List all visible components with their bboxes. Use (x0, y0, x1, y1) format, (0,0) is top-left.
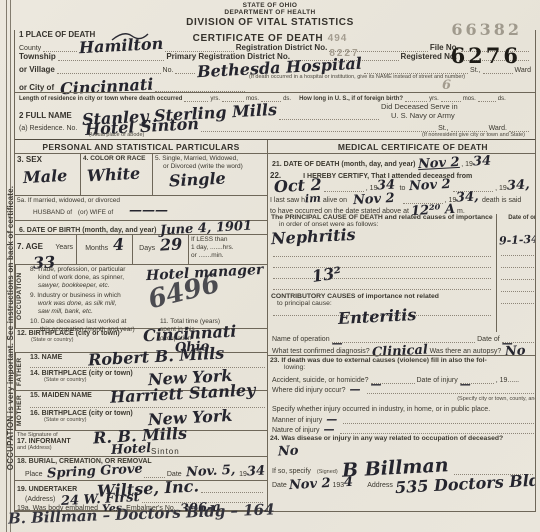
years-label: Years (55, 244, 73, 251)
city-label: or City of (19, 83, 54, 92)
mother-side-label: MOTHER (15, 391, 28, 430)
mother-block: MOTHER 15. MAIDEN NAME 16. BIRTHPLACE (c… (15, 391, 267, 431)
r8-label-line1: 8. Trade, profession, or particular (30, 266, 125, 273)
navy-service-label-line2: U. S. Navy or Army (381, 111, 455, 120)
row-residence-notes: (Usual place of abode) (If nonresident g… (15, 132, 535, 138)
two-column-section: PERSONAL AND STATISTICAL PARTICULARS 3. … (15, 139, 535, 512)
race-value-handwriting: White (87, 166, 141, 183)
dotted-line (155, 83, 245, 92)
dotted-line (340, 425, 536, 434)
row-informant: The Signature of 17. INFORMANT and (Addr… (15, 431, 267, 457)
st-label: St., (470, 67, 481, 74)
row-burial: 18. BURIAL, CREMATION, OR REMOVAL Place … (15, 457, 267, 481)
manner-label: Manner of injury (272, 417, 322, 424)
last-saw-post-label: alive on (323, 197, 347, 204)
date-of-label: Date of (477, 336, 500, 343)
days-label: Days (139, 245, 155, 252)
row-city: or City of Cincinnati 6 (15, 80, 535, 92)
dotted-line (144, 469, 165, 478)
physician-address-handwriting: 535 Doctors Bldg (395, 473, 536, 496)
row-date-address: Date Nov 2 1934 Address 535 Doctors Bldg (268, 475, 536, 489)
sex-label: 3. SEX (17, 155, 78, 164)
row-where-injury: Where did injury occur? — (268, 384, 536, 394)
registration-district-label: Registration District No. (236, 43, 328, 52)
r5a-dash-handwriting: ——— (129, 203, 168, 218)
less-label-line2: 1 day, .......hrs. (191, 244, 234, 251)
row-operation: Name of operation — Date of — (268, 332, 536, 343)
row-nature: Nature of injury — (268, 424, 536, 434)
row-full-name: 2 FULL NAME Stanley Sterling Mills Did D… (15, 102, 535, 120)
death-year-handwriting: 34 (473, 155, 492, 168)
county-label: County (19, 45, 41, 52)
contributory-label-line1: CONTRIBUTORY CAUSES of importance not re… (271, 293, 493, 300)
sex-value-handwriting: Male (23, 168, 68, 185)
dotted-line (273, 279, 491, 290)
to-year-handwriting: 34, (506, 179, 529, 192)
header-dept: DEPARTMENT OF HEALTH (120, 9, 420, 16)
row-23: 23. If death was due to external causes … (268, 355, 536, 373)
row-accident: Accident, suicide, or homicide? — Date o… (268, 373, 536, 384)
r5a-label-line3: (or) WIFE of (74, 209, 113, 216)
dotted-line: — (502, 334, 536, 343)
r23-label-line1: 23. If death was due to external causes … (270, 357, 536, 364)
dotted-line (364, 65, 468, 74)
r5a-label-line1: 5a. If married, widowed, or divorced (17, 197, 120, 204)
full-name-label: 2 FULL NAME (19, 111, 72, 120)
nonresident-note: (If nonresident give city or town and St… (422, 132, 525, 138)
r24-label: 24. Was disease or injury in any way rel… (270, 435, 536, 442)
where-injury-label: Where did injury occur? (272, 387, 346, 394)
dotted-line (324, 183, 364, 192)
lastsaw-squiggle-handwriting: im (305, 193, 321, 204)
r9-label-line1: 9. Industry or business in which (30, 292, 121, 299)
dotted-line (451, 123, 487, 132)
row-village-institution: or Village No. Bethesda Hospital St., Wa… (15, 61, 535, 73)
residence-st-label: St., (438, 125, 449, 132)
onset-date-handwriting: 9-1-34 (498, 233, 536, 246)
dotted-line (501, 280, 536, 292)
age-days-cell: Days 29 (133, 235, 189, 264)
sex-cell: 3. SEX Male (15, 154, 81, 195)
occupation-content: 8. Trade, profession, or particular kind… (28, 265, 267, 328)
dotted-line (509, 123, 529, 132)
dotted-line (405, 93, 427, 102)
r21-label: 21. DATE OF DEATH (month, day, and year) (272, 161, 416, 168)
dotted-line: — (332, 334, 476, 343)
row-certify-block: 22. I HEREBY CERTIFY, That I attended de… (268, 168, 536, 214)
abode-note: (Usual place of abode) (89, 132, 144, 138)
injury-year-label: , 19...... (496, 377, 519, 384)
dotted-line (201, 123, 436, 132)
institution-no-label: No. (163, 67, 174, 74)
dotted-line (501, 256, 536, 268)
undertaker-address-label: (Address) (17, 496, 55, 503)
r5a-label-line2: HUSBAND of (17, 209, 72, 216)
dotted-line (483, 65, 513, 74)
dotted-line (441, 93, 461, 102)
physician-date-label: Date (272, 482, 287, 489)
to-label: to (400, 185, 406, 192)
burial-year-handwriting: 34 (247, 465, 266, 478)
test-label: What test confirmed diagnosis? (272, 348, 370, 355)
autopsy-label: Was there an autopsy? (430, 348, 502, 355)
attended-to-handwriting: Nov 2 (409, 179, 451, 193)
physician-address-label: Address (367, 482, 393, 489)
dob-label: 6. DATE OF BIRTH (month, day, and year) (19, 227, 156, 234)
date-of-injury-label: Date of injury (417, 377, 458, 384)
less-label-line1: If LESS than (191, 236, 228, 243)
burial-place-label: Place (17, 471, 43, 478)
age-years-cell: 7. AGE Years 33 (15, 235, 77, 264)
dotted-line: — (460, 375, 494, 384)
ward-label: Ward (515, 67, 531, 74)
age-label: 7. AGE (17, 242, 43, 251)
race-label: 4. COLOR OR RACE (83, 155, 150, 162)
death-said-label: death is said (482, 197, 521, 204)
marital-label-line2: or Divorced (write the word) (155, 163, 243, 170)
r8-label-line3: sawyer, bookkeeper, etc. (30, 282, 110, 289)
r9-label-line2: work was done, as silk mill, (30, 300, 116, 307)
mid-scrawl-handwriting: 13² (311, 266, 342, 284)
onset-label: Date of onset (499, 215, 536, 221)
r23-label-line2: lowing: (270, 364, 536, 371)
specify-injury-label: Specify whether injury occurred in indus… (272, 406, 490, 413)
last-saw-pre-label: I last saw h (270, 197, 305, 204)
dotted-line (279, 111, 379, 120)
r10-label-line1: 10. Date deceased last worked at (30, 318, 126, 325)
dotted-line (57, 65, 161, 74)
contributory-label-line2: to principal cause: (271, 300, 493, 307)
row-manner: Manner of injury — (268, 413, 536, 424)
age-months-cell: Months 4 (77, 235, 133, 264)
row-where-note: (Specify city or town, county, and State… (268, 394, 536, 402)
lastsaw-year-handwriting: 34, (456, 191, 479, 204)
residence-ward-label: Ward. (489, 125, 507, 132)
dotted-line (43, 43, 77, 52)
printed-19-b: , 19 (495, 185, 507, 192)
row-specify-injury: Specify whether injury occurred in indus… (268, 402, 536, 413)
informant-address-typed: Sinton (151, 447, 180, 456)
operation-label: Name of operation (272, 336, 330, 343)
dotted-line: 8227 (329, 43, 428, 52)
months-label: Months (85, 245, 108, 252)
dotted-line: — (371, 375, 415, 384)
dotted-line: 6276 (459, 52, 529, 61)
principal-label-line1: The PRINCIPAL CAUSE OF DEATH and related… (271, 214, 493, 221)
ifso-label: If so, specify (272, 468, 311, 475)
right-column-header: MEDICAL CERTIFICATE OF DEATH (268, 140, 536, 154)
dotted-line (501, 268, 536, 280)
dotted-line (201, 484, 263, 493)
r21-printed-19: , 19 (461, 161, 473, 168)
row-date-of-death: 21. DATE OF DEATH (month, day, and year)… (268, 154, 536, 168)
registered-no-label: Registered No. (401, 52, 457, 61)
row-dob: 6. DATE OF BIRTH (month, day, and year) … (15, 221, 267, 235)
medical-certificate-column: MEDICAL CERTIFICATE OF DEATH 21. DATE OF… (268, 140, 536, 512)
row-5a: 5a. If married, widowed, or divorced HUS… (15, 196, 267, 221)
township-label: Township (19, 52, 56, 61)
row-24: 24. Was disease or injury in any way rel… (268, 434, 536, 458)
father-side-label: FATHER (15, 353, 28, 390)
dotted-line (343, 415, 536, 424)
row-age: 7. AGE Years 33 Months 4 Days 29 If LESS… (15, 235, 267, 265)
r9-label-line3: saw mill, bank, etc. (30, 308, 93, 315)
dotted-line (184, 93, 208, 102)
age-months-handwriting: 4 (112, 237, 124, 252)
header-state: STATE OF OHIO (120, 2, 420, 9)
nature-label: Nature of injury (272, 427, 319, 434)
onset-column: Date of onset 9-1-34 (496, 214, 536, 332)
dotted-line (273, 268, 491, 279)
village-label: or Village (19, 65, 55, 74)
age-days-handwriting: 29 (159, 237, 182, 253)
dotted-line (478, 93, 496, 102)
dotted-line (58, 52, 165, 61)
row-sex-race-marital: 3. SEX Male 4. COLOR OR RACE White 5. Si… (15, 154, 267, 196)
dotted-line (175, 65, 195, 74)
row-residence: (a) Residence. No. Hotel Sinton St., War… (15, 120, 535, 131)
r8-label-line2: kind of work done, as spinner, (30, 274, 124, 281)
physician-date-year-handwriting: 4 (344, 477, 354, 489)
dotted-line (367, 385, 536, 394)
navy-service-label-line1: Did Deceased Serve in (381, 102, 458, 111)
residence-label: (a) Residence. No. (19, 125, 77, 132)
burial-place-handwriting: Spring Grove (46, 463, 142, 480)
contributory-cause-handwriting: Enteritis (338, 308, 417, 326)
principal-cause-handwriting: Nephritis (271, 227, 356, 246)
burial-year-printed: 19 (239, 471, 247, 478)
form-body: 1 PLACE OF DEATH County Hamilton Registr… (14, 30, 536, 512)
header-division: DIVISION OF VITAL STATISTICS (120, 17, 420, 29)
dotted-line (501, 292, 536, 304)
race-cell: 4. COLOR OR RACE White (81, 154, 153, 195)
r24-value-handwriting: No (278, 445, 299, 458)
dotted-line (165, 43, 233, 52)
physician-date-handwriting: Nov 2 (289, 478, 331, 492)
marital-label-line1: 5. Single, Married, Widowed, (155, 155, 238, 162)
dotted-line (273, 257, 491, 268)
r19-label: 19. UNDERTAKER (17, 486, 77, 493)
occupation-side-label: OCCUPATION (15, 265, 28, 328)
age-less-cell: If LESS than 1 day, .......hrs. or .....… (189, 235, 267, 264)
ward-value-handwriting: 6 (442, 80, 451, 92)
causes-main: The PRINCIPAL CAUSE OF DEATH and related… (268, 214, 496, 332)
physician-date-printed: 193 (332, 482, 344, 489)
causes-section: The PRINCIPAL CAUSE OF DEATH and related… (268, 214, 536, 332)
occupation-block: OCCUPATION 8. Trade, profession, or part… (15, 265, 267, 329)
marital-cell: 5. Single, Married, Widowed, or Divorced… (153, 154, 267, 195)
row-test: What test confirmed diagnosis? Clinical … (268, 343, 536, 355)
personal-statistical-column: PERSONAL AND STATISTICAL PARTICULARS 3. … (15, 140, 268, 512)
printed-19-a: , 19 (366, 185, 378, 192)
less-label-line3: or .......min. (191, 252, 224, 259)
marital-value-handwriting: Single (169, 171, 226, 188)
mother-content: 15. MAIDEN NAME 16. BIRTHPLACE (city or … (28, 391, 267, 430)
left-column-header: PERSONAL AND STATISTICAL PARTICULARS (15, 140, 267, 154)
death-certificate-scan: OCCUPATION is very important. See instru… (0, 0, 540, 532)
informant-address-handwriting: Hotel (111, 443, 152, 457)
dotted-line (273, 247, 491, 257)
